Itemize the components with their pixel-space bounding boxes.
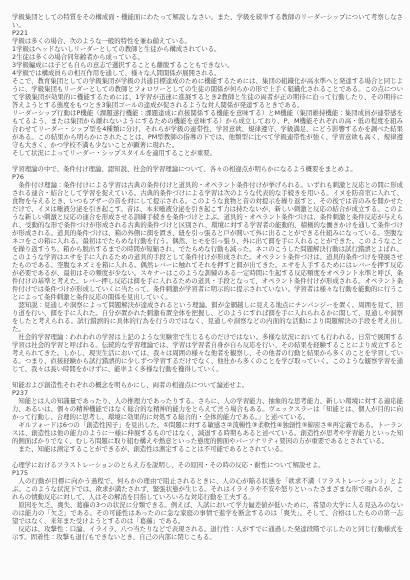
question-text: 学級集団としての特質をその構成面・機能面にわたって解説しなさい。また、学級を統率… bbox=[12, 13, 403, 29]
paragraph: そして状況によってリーダー・シップスタイルを適用することが重要。 bbox=[12, 149, 403, 157]
paragraph: 反応は、攻撃性：口論、イライラ、八つ当たりなどで表現される。退行性：人がすでに通… bbox=[12, 525, 403, 541]
paragraph: そこで、教育集団としての学級集団が学級の共通目標達成のために機能するためには、集… bbox=[12, 77, 403, 109]
paragraph: 1学級はヘッドないしリーダーとしての教師と生徒から構成されている。 bbox=[12, 45, 403, 53]
paragraph: 知能とは人の知識量であったり、人の推理力であったりする。さらに、人の学習能力、抽… bbox=[12, 397, 403, 421]
paragraph: 原因を欠乏、喪失、葛藤の3つの状況に分類できる。例えば、入試において学力偏差値が… bbox=[12, 501, 403, 525]
paragraph: 人の行動が目標に向かう過程で、何らかの理由で阻止されるときに、人の心が陥る状態を… bbox=[12, 477, 403, 501]
paragraph: 社会的学習理論：われわれの学習は上記のような実験室で生じるものだけではない。多様… bbox=[12, 333, 403, 373]
page-reference: P221 bbox=[12, 29, 403, 37]
paragraph: 条件付け理論：条件付けによる学習は古典の条件付けと道具的・オペラント条件付けが挙… bbox=[12, 181, 403, 301]
paragraph: また、知能は測定することができるが、創造性は測定することは不可能であるとされてい… bbox=[12, 445, 403, 453]
page-reference: P237 bbox=[12, 389, 403, 397]
question-text: 学習理論の中で、条件付け理論、認知説、社会的学習理論について、各々の相違点が明ら… bbox=[12, 165, 403, 173]
paragraph: 2生徒は多くの場合同年齢者から成っている。 bbox=[12, 53, 403, 61]
paragraph: 4学級では構成員らの相互作用を通して、様々な人間関係が展開される。 bbox=[12, 69, 403, 77]
paragraph: 学級は多くの場合、次のような一般的特性を兼ね備えている。 bbox=[12, 37, 403, 45]
question-text: 心理学におけるフラストレーションのとらえ方を説明し、その原因・その時の反応・耐性… bbox=[12, 461, 403, 469]
paragraph: リーダーシップ行動はP機能（課題遂行機能：課題達成に直接関係する機能を意味する）… bbox=[12, 109, 403, 149]
document-page: 学級集団としての特質をその構成面・機能面にわたって解説しなさい。また、学級を統率… bbox=[0, 0, 410, 580]
paragraph: 3学級編成には子ども自らの意志で選択することも離脱することもできない。 bbox=[12, 61, 403, 69]
page-reference: P175 bbox=[12, 469, 403, 477]
paragraph: ギルフォードは6つの「創造性因子」を見出した。①問題に対する敏感さ②流暢性③柔軟… bbox=[12, 421, 403, 445]
page-reference: P76 bbox=[12, 173, 403, 181]
question-text: 知能および創造性それぞれの概念を明らかにし、両者の相違点について論述せよ。 bbox=[12, 381, 403, 389]
paragraph: 認知説：見通しや洞察によって問題解決が達成されるという理論。餌が金網越しに見える… bbox=[12, 301, 403, 333]
